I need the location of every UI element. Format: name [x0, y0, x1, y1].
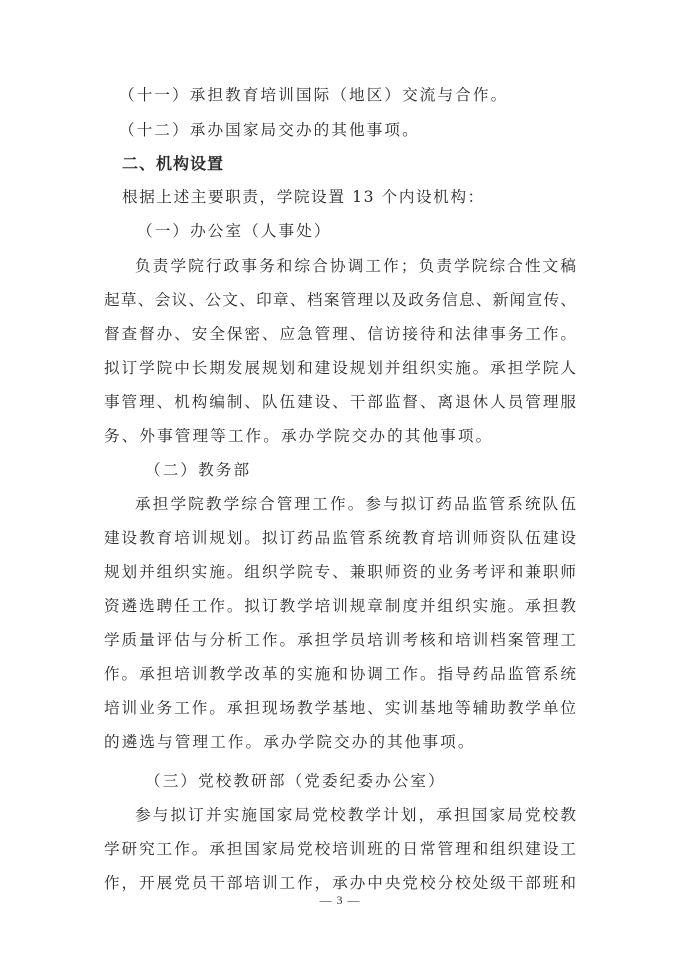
paragraph-line: 建设教育培训规划。拟订药品监管系统教育培训师资队伍建设 — [104, 528, 576, 548]
paragraph-line: 作。承担培训教学改革的实施和协调工作。指导药品监管系统 — [104, 664, 576, 684]
paragraph-line: 务、外事管理等工作。承办学院交办的其他事项。 — [104, 426, 576, 446]
paragraph-line: 培训业务工作。承担现场教学基地、实训基地等辅助教学单位 — [104, 698, 576, 718]
document-page: （十一）承担教育培训国际（地区）交流与合作。 （十二）承办国家局交办的其他事项。… — [0, 0, 680, 962]
paragraph-line: 事管理、机构编制、队伍建设、干部监督、离退休人员管理服 — [104, 392, 576, 412]
paragraph-line: 起草、会议、公文、印章、档案管理以及政务信息、新闻宣传、 — [104, 290, 576, 310]
paragraph-line: 的遴选与管理工作。承办学院交办的其他事项。 — [104, 732, 576, 752]
paragraph-line: 承担学院教学综合管理工作。参与拟订药品监管系统队伍 — [135, 494, 576, 514]
paragraph-line: 拟订学院中长期发展规划和建设规划并组织实施。承担学院人 — [104, 358, 576, 378]
section-heading-organization: 二、机构设置 — [122, 154, 594, 174]
subsection-heading-office: （一）办公室（人事处） — [137, 221, 609, 241]
list-item-12: （十二）承办国家局交办的其他事项。 — [119, 120, 591, 140]
paragraph-line: 规划并组织实施。组织学院专、兼职师资的业务考评和兼职师 — [104, 562, 576, 582]
paragraph-line: 学研究工作。承担国家局党校培训班的日常管理和组织建设工 — [104, 839, 576, 859]
subsection-heading-academic-affairs: （二）教务部 — [145, 460, 617, 480]
page-number: — 3 — — [0, 893, 680, 908]
paragraph-intro: 根据上述主要职责，学院设置 13 个内设机构： — [122, 187, 594, 207]
paragraph-line: 督查督办、安全保密、应急管理、信访接待和法律事务工作。 — [104, 324, 576, 344]
paragraph-line: 作，开展党员干部培训工作，承办中央党校分校处级干部班和 — [104, 873, 576, 893]
paragraph-line: 负责学院行政事务和综合协调工作；负责学院综合性文稿 — [135, 256, 576, 276]
list-item-11: （十一）承担教育培训国际（地区）交流与合作。 — [119, 85, 539, 105]
paragraph-line: 资遴选聘任工作。拟订教学培训规章制度并组织实施。承担教 — [104, 596, 576, 616]
subsection-heading-party-school: （三）党校教研部（党委纪委办公室） — [145, 771, 617, 791]
paragraph-line: 参与拟订并实施国家局党校教学计划，承担国家局党校教 — [135, 805, 576, 825]
paragraph-line: 学质量评估与分析工作。承担学员培训考核和培训档案管理工 — [104, 630, 576, 650]
